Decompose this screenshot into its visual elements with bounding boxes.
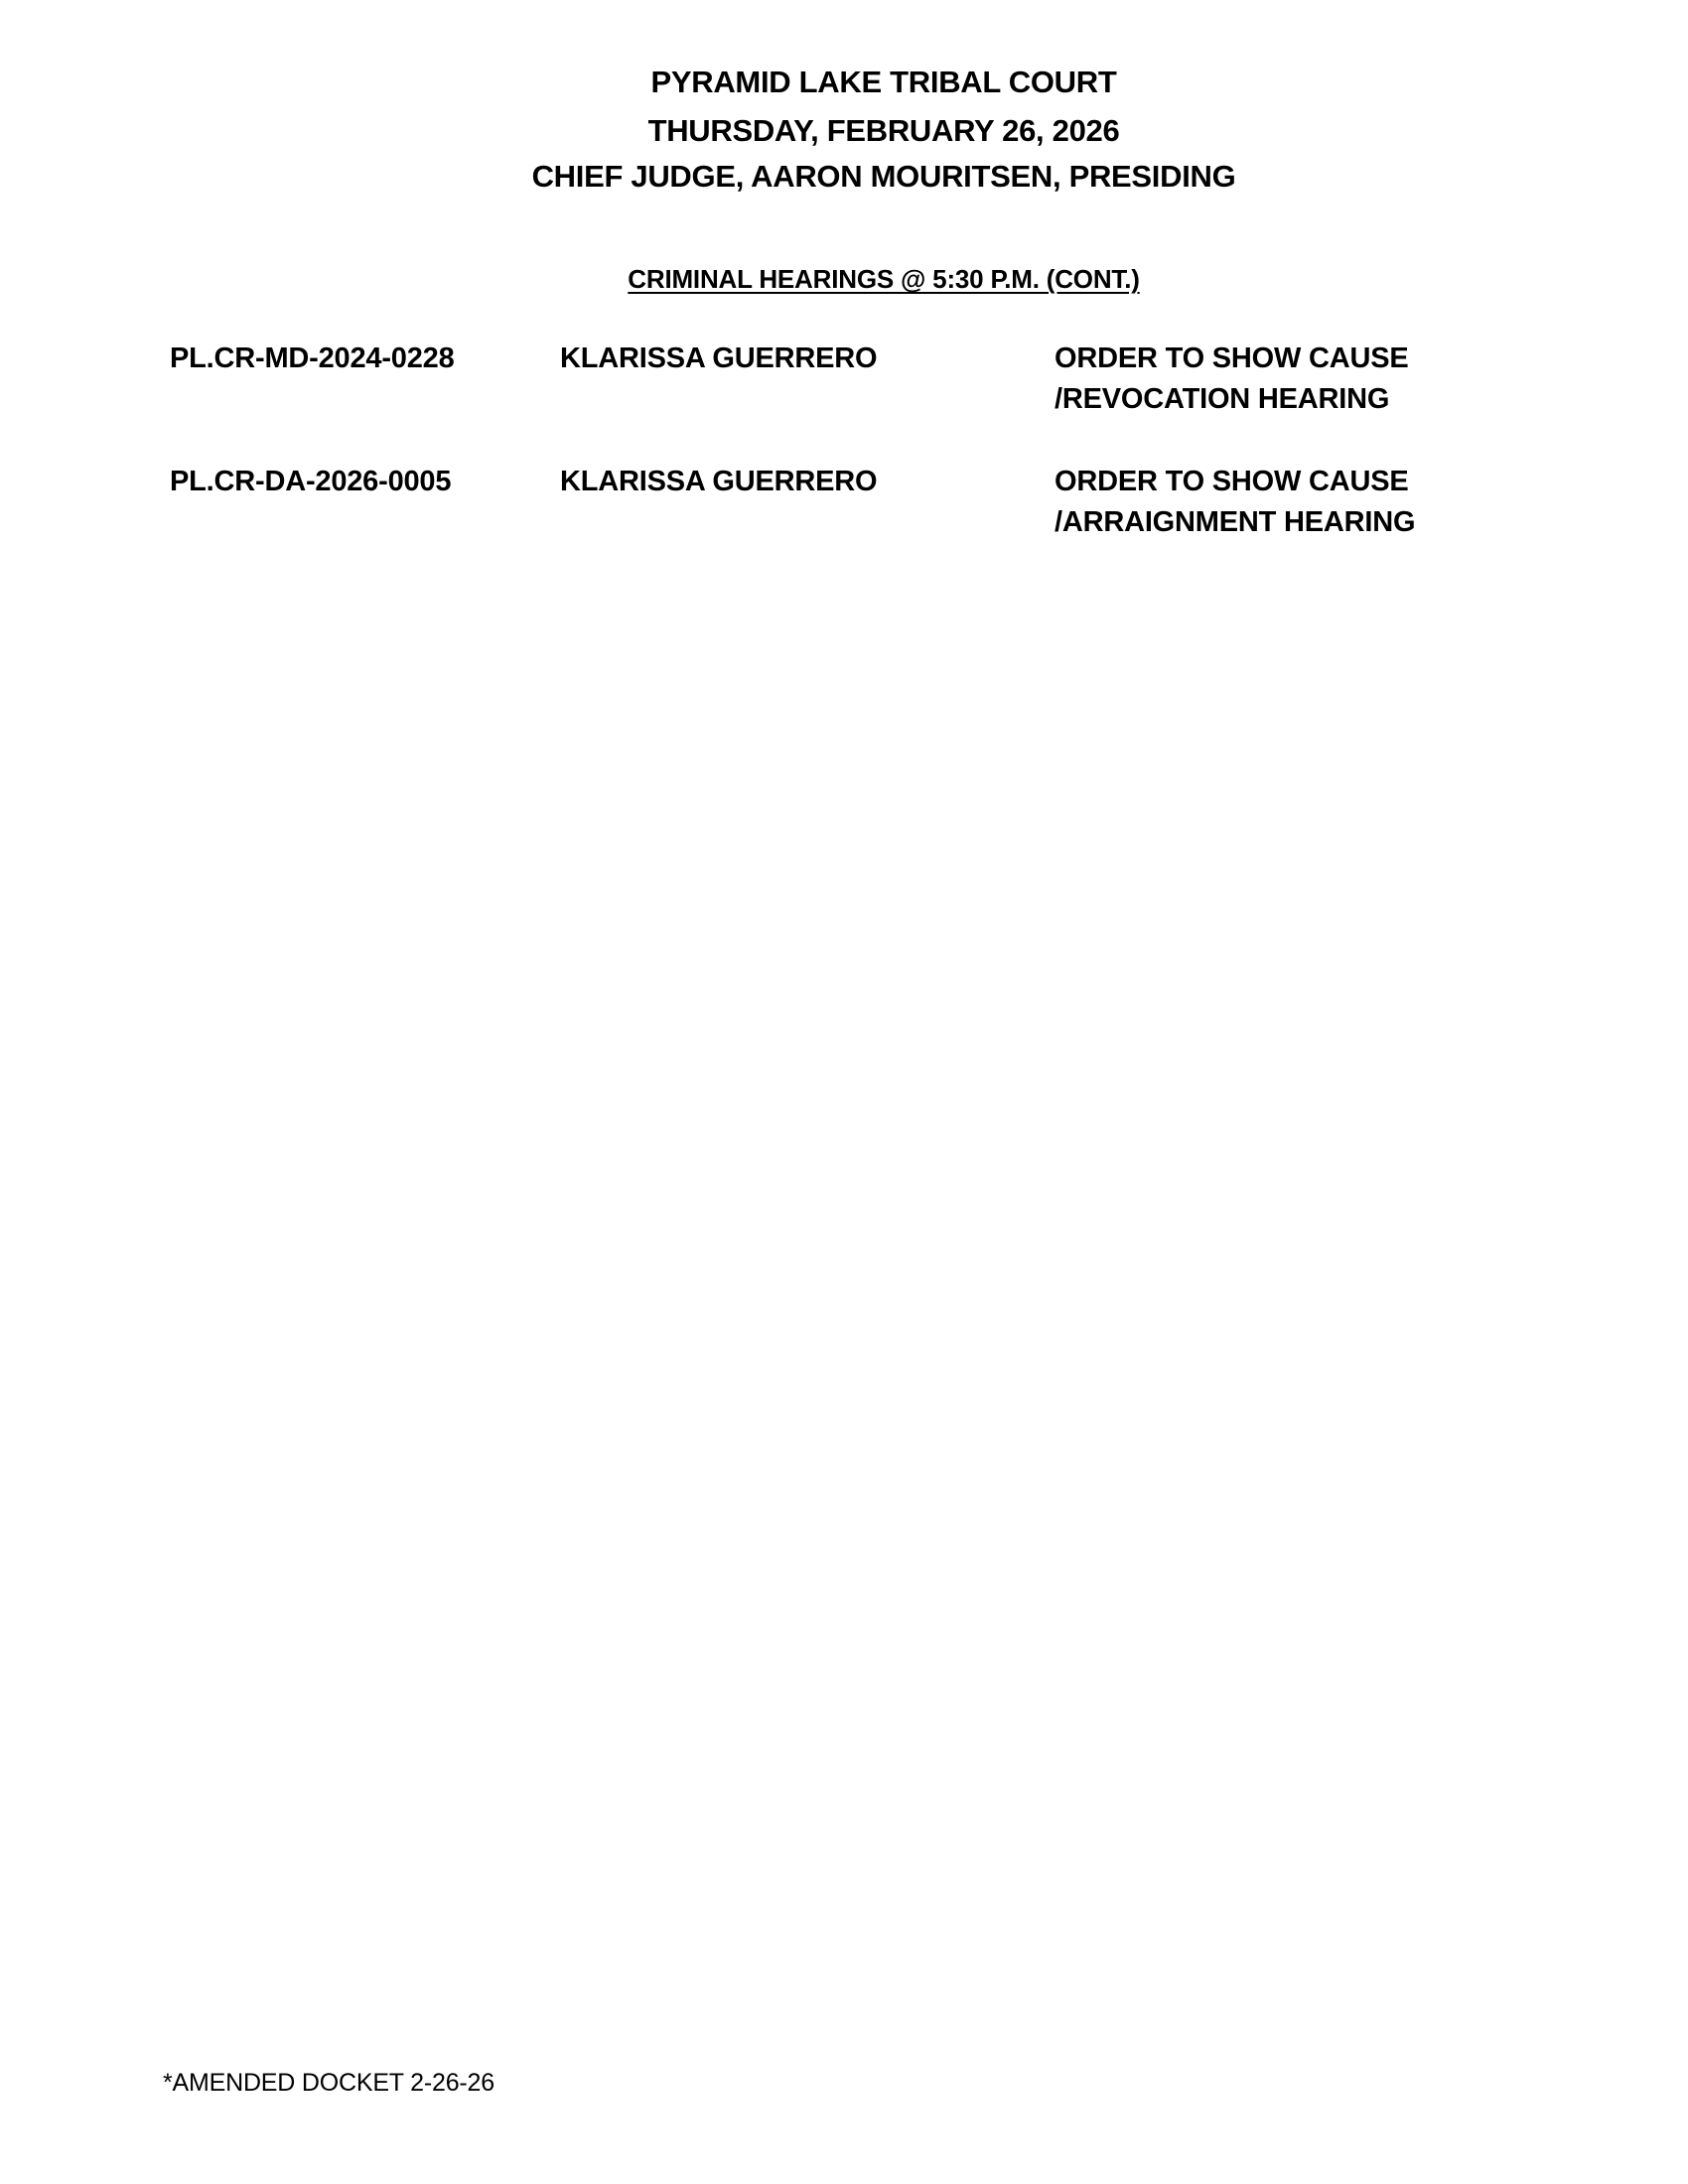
docket-date-heading: THURSDAY, FEBRUARY 26, 2026 [387,115,1380,146]
docket-page: PYRAMID LAKE TRIBAL COURT THURSDAY, FEBR… [0,0,1688,2184]
presiding-judge-heading: CHIEF JUDGE, AARON MOURITSEN, PRESIDING [387,161,1380,192]
amended-docket-note: *AMENDED DOCKET 2-26-26 [163,2071,494,2096]
hearing-type-line: /REVOCATION HEARING [1055,379,1409,420]
hearing-type: ORDER TO SHOW CAUSE /REVOCATION HEARING [1055,339,1409,420]
case-row: PL.CR-MD-2024-0228 KLARISSA GUERRERO ORD… [0,344,1688,434]
case-number: PL.CR-DA-2026-0005 [170,462,451,502]
party-name: KLARISSA GUERRERO [560,462,877,502]
hearing-type-line: ORDER TO SHOW CAUSE [1055,462,1415,502]
criminal-hearings-heading: CRIMINAL HEARINGS @ 5:30 P.M. (CONT.) [628,264,1139,294]
court-name-heading: PYRAMID LAKE TRIBAL COURT [387,67,1380,97]
hearing-type-line: ORDER TO SHOW CAUSE [1055,339,1409,379]
section-heading: CRIMINAL HEARINGS @ 5:30 P.M. (CONT.) [387,266,1380,292]
case-number: PL.CR-MD-2024-0228 [170,339,455,379]
hearing-type: ORDER TO SHOW CAUSE /ARRAIGNMENT HEARING [1055,462,1415,543]
case-row: PL.CR-DA-2026-0005 KLARISSA GUERRERO ORD… [0,468,1688,557]
hearing-type-line: /ARRAIGNMENT HEARING [1055,502,1415,543]
party-name: KLARISSA GUERRERO [560,339,877,379]
